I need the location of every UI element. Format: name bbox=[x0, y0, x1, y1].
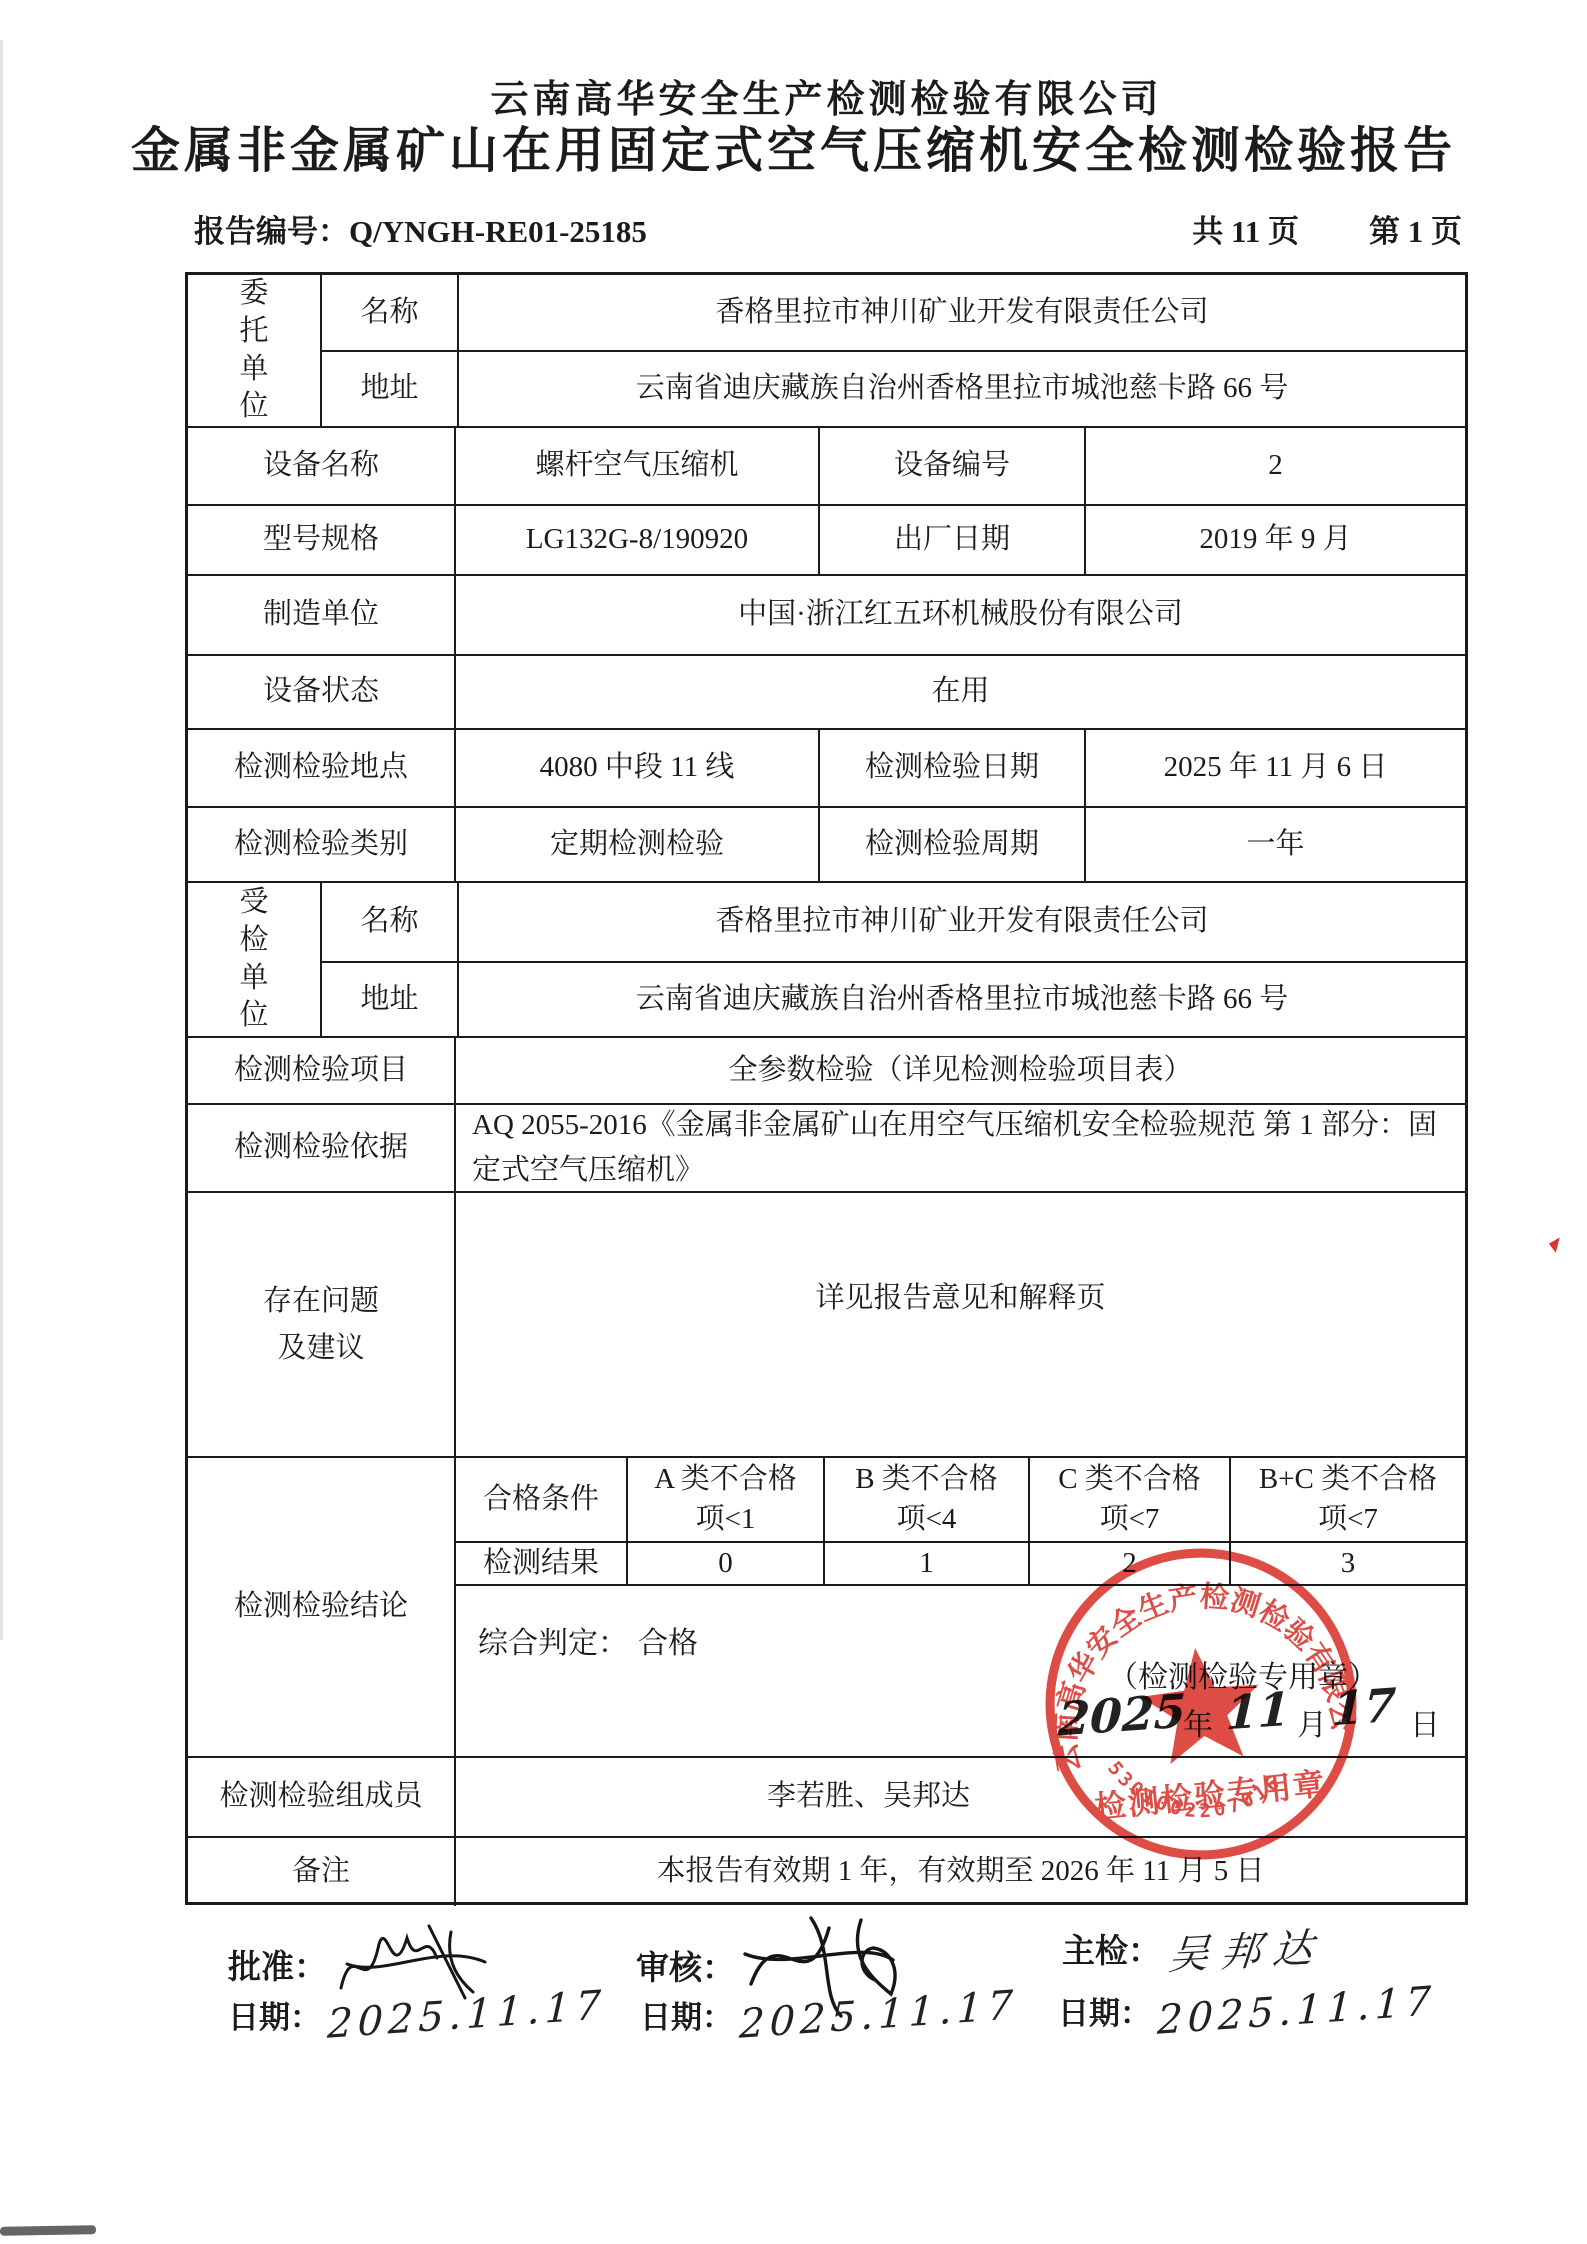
chief-block: 主检： 吴邦达 bbox=[1062, 1920, 1325, 1977]
client-name-value: 香格里拉市神川矿业开发有限责任公司 bbox=[459, 275, 1465, 350]
inspected-group-label: 受检单位 bbox=[188, 883, 322, 1036]
inspect-date-label: 检测检验日期 bbox=[820, 730, 1086, 806]
chief-label: 主检： bbox=[1062, 1925, 1161, 1972]
model-value: LG132G-8/190920 bbox=[456, 506, 820, 574]
type-label: 检测检验类别 bbox=[188, 808, 456, 881]
basis-value: AQ 2055-2016《金属非金属矿山在用空气压缩机安全检验规范 第 1 部分… bbox=[456, 1105, 1465, 1191]
device-name-label: 设备名称 bbox=[188, 428, 456, 504]
inspected-group-rows: 受检单位 名称 香格里拉市神川矿业开发有限责任公司 地址 云南省迪庆藏族自治州香… bbox=[188, 883, 1465, 1038]
date-label: 日期： bbox=[1058, 1988, 1151, 2033]
factory-date-value: 2019 年 9 月 bbox=[1086, 506, 1465, 574]
chief-date: 2025.11.17 bbox=[1157, 1978, 1437, 2044]
place-row: 检测检验地点 4080 中段 11 线 检测检验日期 2025 年 11 月 6… bbox=[188, 730, 1465, 808]
review-label: 审核： bbox=[636, 1942, 735, 1989]
maker-value: 中国·浙江红五环机械股份有限公司 bbox=[456, 576, 1465, 654]
remark-label: 备注 bbox=[188, 1838, 456, 1906]
items-value: 全参数检验（详见检测检验项目表） bbox=[456, 1038, 1465, 1103]
cond-a: A 类不合格项<1 bbox=[628, 1458, 825, 1541]
approve-date: 2025.11.17 bbox=[327, 1982, 607, 2048]
red-ink-speck bbox=[1547, 1235, 1560, 1253]
model-label: 型号规格 bbox=[188, 506, 456, 574]
scan-edge-shadow bbox=[0, 40, 3, 1640]
date-label: 日期： bbox=[640, 1992, 733, 2037]
team-label: 检测检验组成员 bbox=[188, 1758, 456, 1836]
chief-signature: 吴邦达 bbox=[1167, 1916, 1328, 1982]
review-date-block: 日期： 2025.11.17 bbox=[640, 1992, 1018, 2038]
status-value: 在用 bbox=[456, 656, 1465, 728]
items-label: 检测检验项目 bbox=[188, 1038, 456, 1103]
cond-bc: B+C 类不合格项<7 bbox=[1231, 1458, 1465, 1541]
device-name-row: 设备名称 螺杆空气压缩机 设备编号 2 bbox=[188, 428, 1465, 506]
date-label: 日期： bbox=[228, 1992, 321, 2037]
approve-label: 批准： bbox=[228, 1941, 327, 1988]
inspect-date-value: 2025 年 11 月 6 日 bbox=[1086, 730, 1465, 806]
basis-row: 检测检验依据 AQ 2055-2016《金属非金属矿山在用空气压缩机安全检验规范… bbox=[188, 1105, 1465, 1193]
ymd-day: 日 bbox=[1410, 1700, 1440, 1744]
client-name-label: 名称 bbox=[322, 275, 459, 350]
basis-label: 检测检验依据 bbox=[188, 1105, 456, 1191]
maker-row: 制造单位 中国·浙江红五环机械股份有限公司 bbox=[188, 576, 1465, 656]
problems-label: 存在问题 及建议 bbox=[188, 1193, 456, 1456]
device-no-label: 设备编号 bbox=[820, 428, 1086, 504]
client-group-rows: 委托单位 名称 香格里拉市神川矿业开发有限责任公司 地址 云南省迪庆藏族自治州香… bbox=[188, 275, 1465, 428]
type-value: 定期检测检验 bbox=[456, 808, 820, 881]
approve-date-block: 日期： 2025.11.17 bbox=[228, 1992, 606, 2038]
cycle-label: 检测检验周期 bbox=[820, 808, 1086, 881]
device-name-value: 螺杆空气压缩机 bbox=[456, 428, 820, 504]
pages-total: 共 11 页 bbox=[1192, 206, 1299, 251]
client-addr-value: 云南省迪庆藏族自治州香格里拉市城池慈卡路 66 号 bbox=[459, 352, 1465, 426]
result-label: 检测结果 bbox=[456, 1543, 628, 1584]
verdict: 综合判定：合格 bbox=[478, 1618, 698, 1662]
items-row: 检测检验项目 全参数检验（详见检测检验项目表） bbox=[188, 1038, 1465, 1105]
review-date: 2025.11.17 bbox=[739, 1982, 1019, 2048]
type-row: 检测检验类别 定期检测检验 检测检验周期 一年 bbox=[188, 808, 1465, 883]
problems-value: 详见报告意见和解释页 bbox=[456, 1193, 1465, 1456]
place-label: 检测检验地点 bbox=[188, 730, 456, 806]
problems-row: 存在问题 及建议 详见报告意见和解释页 bbox=[188, 1193, 1465, 1458]
factory-date-label: 出厂日期 bbox=[820, 506, 1086, 574]
report-meta-line: 报告编号：Q/YNGH-RE01-25185 共 11 页 第 1 页 bbox=[194, 206, 1462, 251]
inspected-name-label: 名称 bbox=[322, 883, 459, 961]
status-label: 设备状态 bbox=[188, 656, 456, 728]
cycle-value: 一年 bbox=[1086, 808, 1465, 881]
maker-label: 制造单位 bbox=[188, 576, 456, 654]
chief-date-block: 日期： 2025.11.17 bbox=[1058, 1988, 1436, 2034]
client-group-label: 委托单位 bbox=[188, 275, 322, 426]
model-row: 型号规格 LG132G-8/190920 出厂日期 2019 年 9 月 bbox=[188, 506, 1465, 576]
place-value: 4080 中段 11 线 bbox=[456, 730, 820, 806]
condition-label: 合格条件 bbox=[456, 1458, 628, 1541]
report-number: 报告编号：Q/YNGH-RE01-25185 bbox=[194, 206, 647, 251]
device-no-value: 2 bbox=[1086, 428, 1465, 504]
page-current: 第 1 页 bbox=[1369, 206, 1462, 251]
scan-corner-smudge bbox=[0, 2225, 96, 2236]
conclusion-label: 检测检验结论 bbox=[188, 1458, 456, 1756]
scanned-report-page: 云南高华安全生产检测检验有限公司 金属非金属矿山在用固定式空气压缩机安全检测检验… bbox=[0, 0, 1587, 2244]
client-addr-label: 地址 bbox=[322, 352, 459, 426]
report-title: 金属非金属矿山在用固定式空气压缩机安全检测检验报告 bbox=[0, 112, 1587, 182]
result-b: 1 bbox=[825, 1543, 1030, 1584]
stamp-star bbox=[1136, 1642, 1266, 1767]
inspected-addr-value: 云南省迪庆藏族自治州香格里拉市城池慈卡路 66 号 bbox=[459, 963, 1465, 1036]
cond-b: B 类不合格项<4 bbox=[825, 1458, 1030, 1541]
inspected-name-value: 香格里拉市神川矿业开发有限责任公司 bbox=[459, 883, 1465, 961]
cond-c: C 类不合格项<7 bbox=[1030, 1458, 1231, 1541]
inspected-addr-label: 地址 bbox=[322, 963, 459, 1036]
result-a: 0 bbox=[628, 1543, 825, 1584]
status-row: 设备状态 在用 bbox=[188, 656, 1465, 730]
red-seal-stamp: 云南高华安全生产检测检验有限公司 检测检验专用章 5301002207016 bbox=[1024, 1527, 1378, 1881]
